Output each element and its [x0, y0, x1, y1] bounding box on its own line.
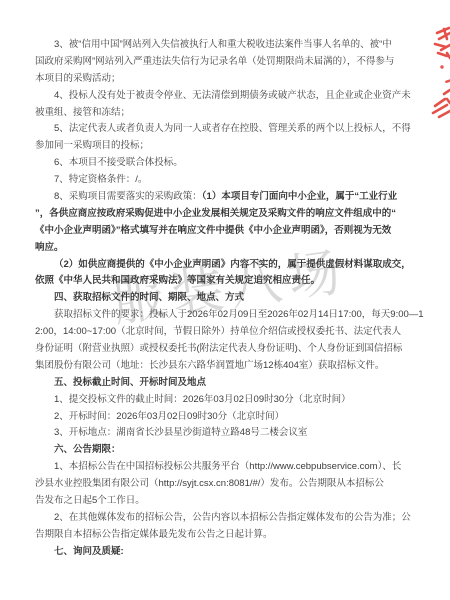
text-line: 1、提交投标文件的截止时间：2026年03月02日09时30分（北京时间） [35, 392, 421, 409]
text-line: 国政府采购网”网站列入严重违法失信行为记录名单（处罚期限尚未届满的），不得参与 [35, 54, 421, 71]
text-line: 4、投标人没有处于被责令停业、无法清偿到期债务或破产状态，且企业或企业资产未 [35, 88, 421, 105]
section-heading-5: 五、投标截止时间、开标时间及地点 [35, 375, 421, 392]
text-line: 3、开标地点：湖南省长沙县星沙街道特立路48号二楼会议室 [35, 425, 421, 442]
section-heading-7: 七、询问及质疑: [35, 544, 421, 561]
text-line: 获取招标文件的要求：投标人于2026年02月09日至2026年02月14日17:… [35, 307, 421, 324]
text-line: 响应。 [35, 240, 421, 257]
text-line-bold: （1）本项目专门面向中小企业，属于“工业行业 [202, 191, 397, 202]
text-line: 2、开标时间：2026年03月02日09时30分（北京时间） [35, 409, 421, 426]
text-line: 6、本项目不接受联合体投标。 [35, 155, 421, 172]
text-line: ”，各供应商应按政府采购促进中小企业发展相关规定及采购文件的响应文件组成中的“ [35, 206, 421, 223]
section-heading-4: 四、获取招标文件的时间、期限、地点、方式 [35, 290, 421, 307]
text-line: 3、被“信用中国”网站列入失信被执行人和重大税收违法案件当事人名单的、被“中 [35, 37, 421, 54]
text-line: 参加同一采购项目的投标； [35, 138, 421, 155]
text-line: 1、本招标公告在中国招标投标公共服务平台（http://www.cebpubse… [35, 459, 421, 476]
text-line: 沙县水业控股集团有限公司（http://syjt.csx.cn:8081/#/）… [35, 476, 421, 493]
text-line: 告期限自本招标公告指定媒体最先发布公告之日起计算。 [35, 527, 421, 544]
text-line: 2:00，14:00~17:00（北京时间，节假日除外）持单位介绍信或授权委托书… [35, 324, 421, 341]
text-line: （2）如供应商提供的《中小企业声明函》内容不实的，属于提供虚假材料谋取成交， [35, 257, 421, 274]
document-body: 3、被“信用中国”网站列入失信被执行人和重大税收违法案件当事人名单的、被“中 国… [35, 37, 421, 561]
text-line: 8、采购项目需要落实的采购政策：（1）本项目专门面向中小企业，属于“工业行业 [35, 189, 421, 206]
red-seal-fragment [423, 26, 450, 120]
text-line: 被重组、接管和冻结； [35, 105, 421, 122]
document-page: 服装八场 3、被“信用中国”网站列入失信被执行人和重大税收违法案件当事人名单的、… [0, 0, 450, 600]
text-line: 身份证明（附营业执照）或授权委托书(附法定代表人身份证明)、个人身份证到国信招标 [35, 341, 421, 358]
text-line-regular: 8、采购项目需要落实的采购政策： [54, 191, 202, 202]
text-line: 集团股份有限公司（地址：长沙县东六路华润置地广场12栋404室）获取招标文件。 [35, 358, 421, 375]
section-heading-6: 六、公告期限： [35, 442, 421, 459]
text-line: 依照《中华人民共和国政府采购法》等国家有关规定追究相应责任。 [35, 273, 421, 290]
text-line: 本项目的采购活动； [35, 71, 421, 88]
red-seal-icon [423, 26, 450, 120]
text-line: 7、特定资格条件：/。 [35, 172, 421, 189]
text-line: 5、法定代表人或者负责人为同一人或者存在控股、管理关系的两个以上投标人，不得 [35, 121, 421, 138]
text-line: 《中小企业声明函》”格式填写并在响应文件中提供《中小企业声明函》，否则视为无效 [35, 223, 421, 240]
text-line: 2、在其他媒体发布的招标公告，公告内容以本招标公告指定媒体发布的公告为准；公 [35, 510, 421, 527]
text-line: 告发布之日起5个工作日。 [35, 493, 421, 510]
